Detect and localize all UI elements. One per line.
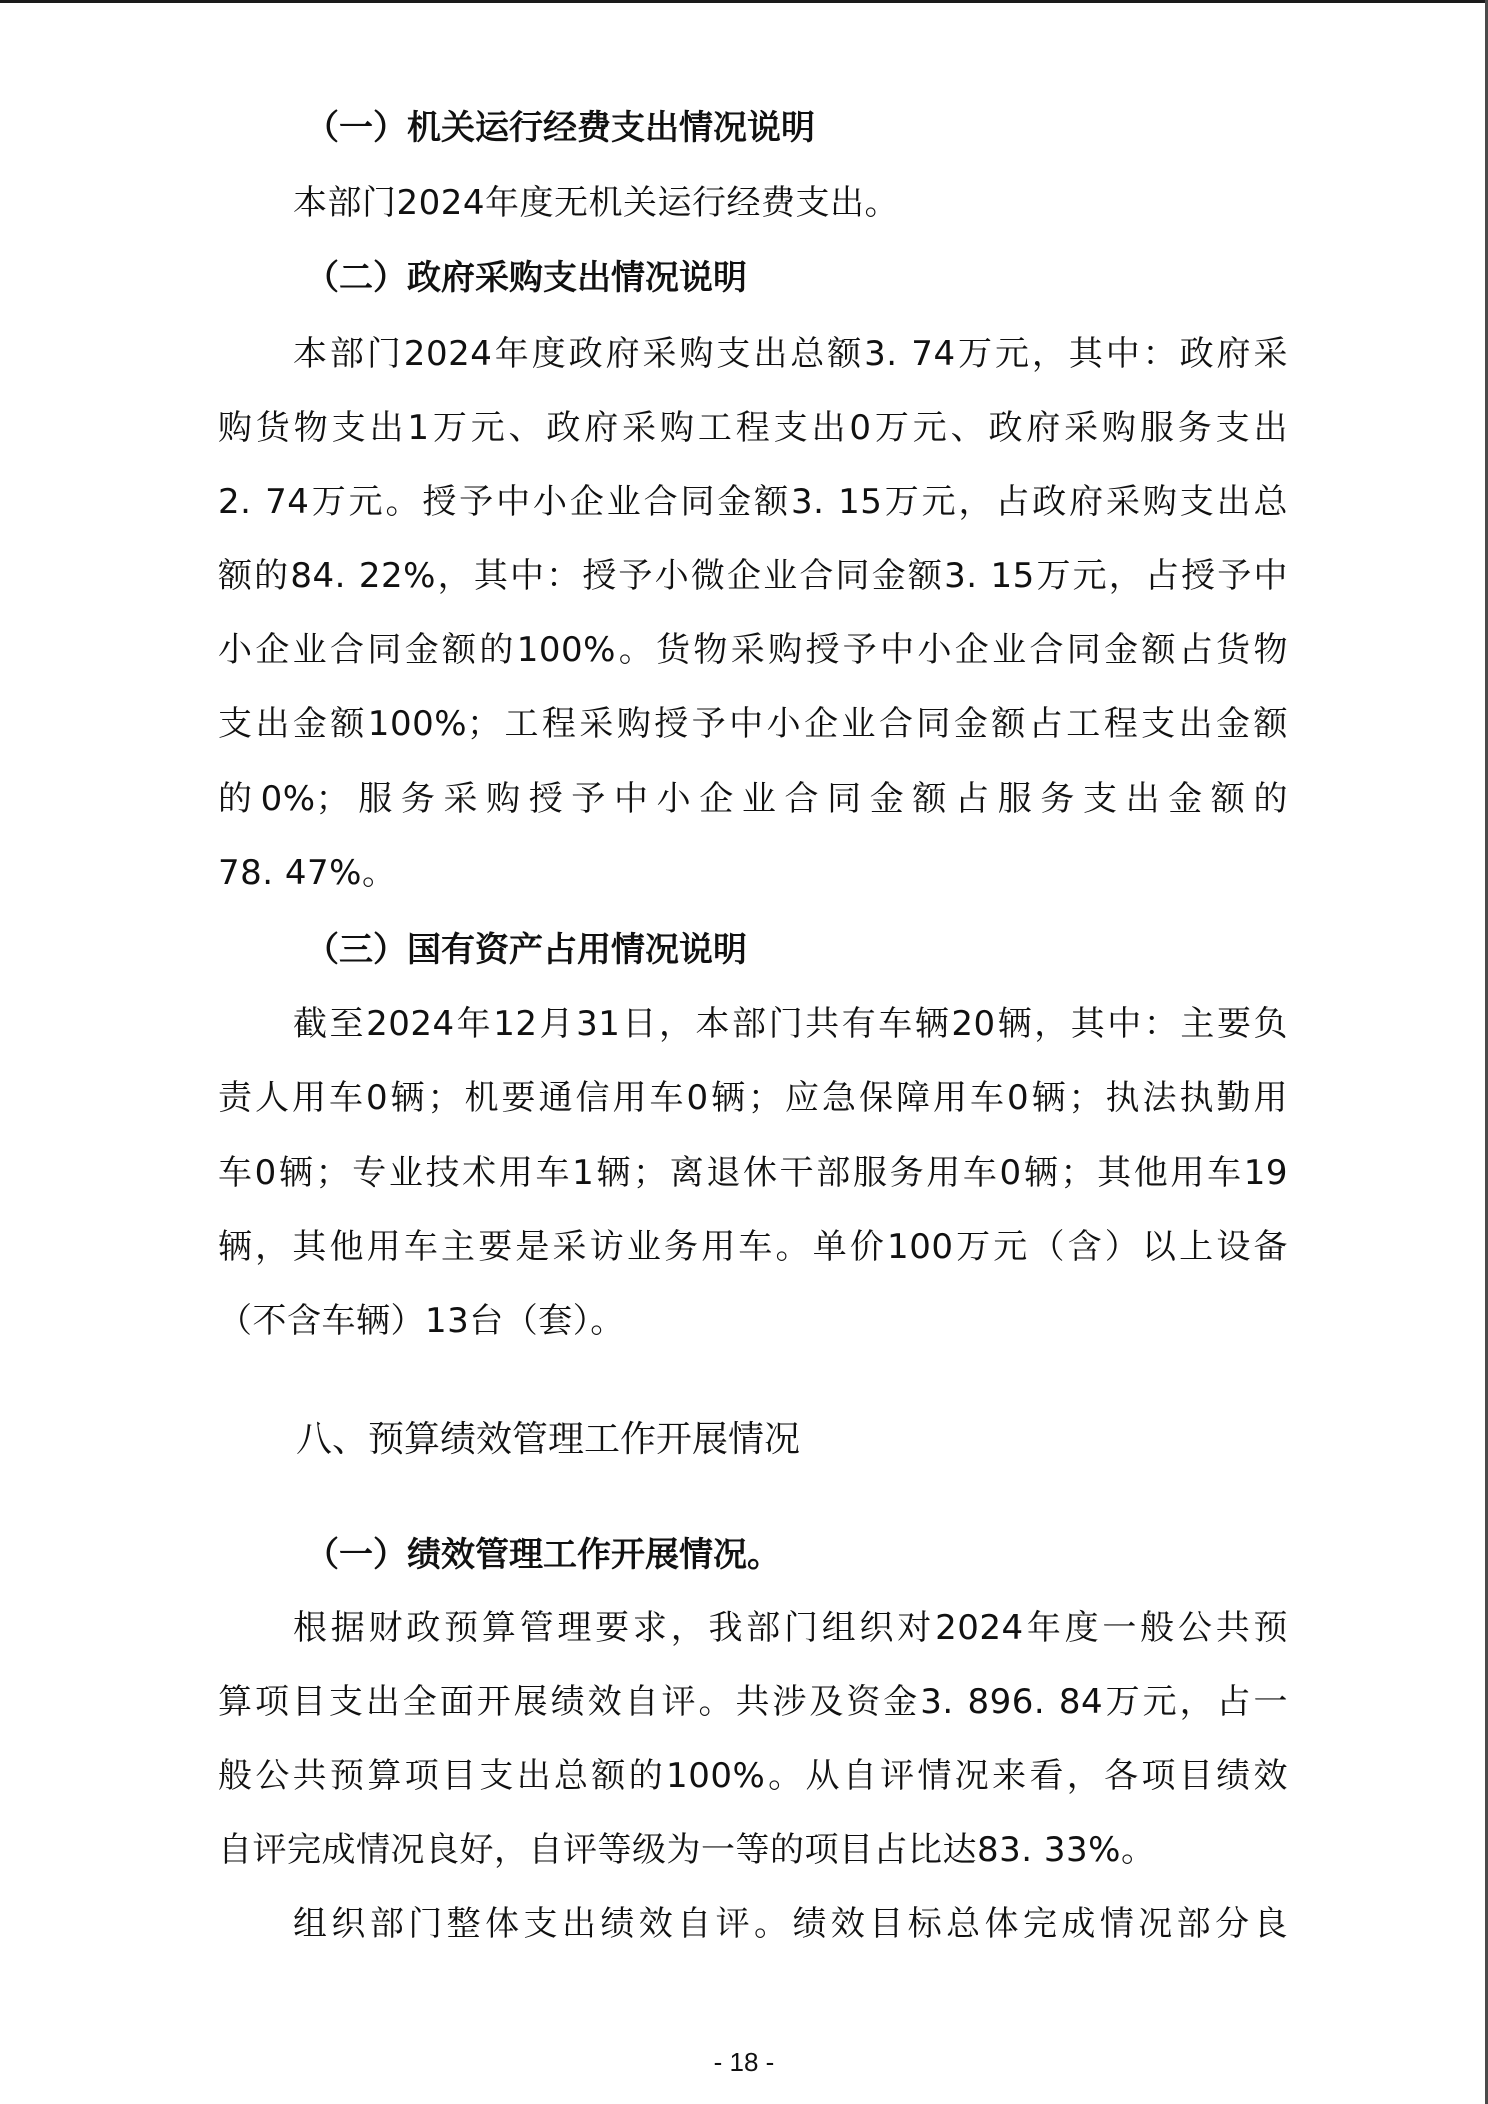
paragraph-line: 组织部门整体支出绩效自评。绩效目标总体完成情况部分良 [293, 1899, 1288, 1949]
paragraph-line: 额的84. 22%，其中：授予小微企业合同金额3. 15万元，占授予中 [218, 551, 1288, 601]
paragraph-line: 2. 74万元。授予中小企业合同金额3. 15万元，占政府采购支出总 [218, 477, 1288, 527]
paragraph-line: 本部门2024年度政府采购支出总额3. 74万元，其中：政府采 [293, 329, 1288, 379]
paragraph-line: 车0辆；专业技术用车1辆；离退休干部服务用车0辆；其他用车19 [218, 1148, 1288, 1198]
paragraph-line: 自评完成情况良好，自评等级为一等的项目占比达83. 33%。 [218, 1825, 1288, 1875]
chapter-heading-performance-management: 八、预算绩效管理工作开展情况 [296, 1413, 800, 1467]
paragraph-line: 责人用车0辆；机要通信用车0辆；应急保障用车0辆；执法执勤用 [218, 1073, 1288, 1123]
heading-government-procurement: （二）政府采购支出情况说明 [305, 253, 747, 303]
heading-performance-work: （一）绩效管理工作开展情况。 [305, 1530, 781, 1580]
paragraph-line: 小企业合同金额的100%。货物采购授予中小企业合同金额占货物 [218, 625, 1288, 675]
paragraph-line: 截至2024年12月31日，本部门共有车辆20辆，其中：主要负 [293, 999, 1288, 1049]
paragraph-line: （不含车辆）13台（套）。 [218, 1296, 1288, 1346]
paragraph-line: 般公共预算项目支出总额的100%。从自评情况来看，各项目绩效 [218, 1751, 1288, 1801]
paragraph-line: 辆，其他用车主要是采访业务用车。单价100万元（含）以上设备 [218, 1222, 1288, 1272]
paragraph-line: 78. 47%。 [218, 848, 1288, 898]
paragraph-line: 本部门2024年度无机关运行经费支出。 [293, 178, 1288, 228]
page-top-border [0, 0, 1488, 3]
page-number: - 18 - [0, 2044, 1488, 2080]
paragraph-line: 的0%；服务采购授予中小企业合同金额占服务支出金额的 [218, 774, 1288, 824]
paragraph-line: 算项目支出全面开展绩效自评。共涉及资金3. 896. 84万元，占一 [218, 1677, 1288, 1727]
paragraph-line: 根据财政预算管理要求，我部门组织对2024年度一般公共预 [293, 1603, 1288, 1653]
heading-operating-expenses: （一）机关运行经费支出情况说明 [305, 103, 815, 153]
paragraph-line: 支出金额100%；工程采购授予中小企业合同金额占工程支出金额 [218, 699, 1288, 749]
paragraph-line: 购货物支出1万元、政府采购工程支出0万元、政府采购服务支出 [218, 403, 1288, 453]
heading-state-assets: （三）国有资产占用情况说明 [305, 925, 747, 975]
